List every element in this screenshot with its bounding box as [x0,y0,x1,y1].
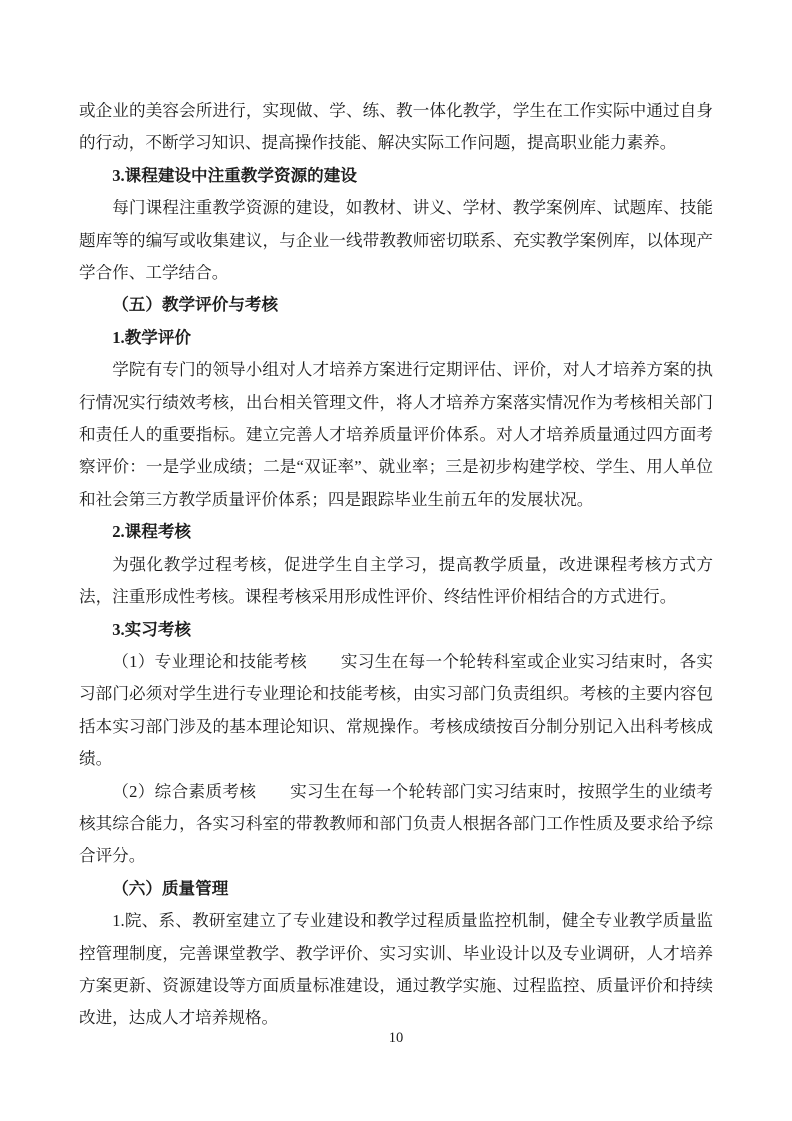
page-body-text: 或企业的美容会所进行，实现做、学、练、教一体化教学，学生在工作实际中通过自身的行… [79,95,713,1035]
section-heading: 3.课程建设中注重教学资源的建设 [79,160,713,192]
body-paragraph: 每门课程注重教学资源的建设，如教材、讲义、学材、教学案例库、试题库、技能题库等的… [79,192,713,289]
body-paragraph: （1）专业理论和技能考核 实习生在每一个轮转科室或企业实习结束时，各实习部门必须… [79,646,713,776]
page-number: 10 [0,1028,792,1048]
document-page: 或企业的美容会所进行，实现做、学、练、教一体化教学，学生在工作实际中通过自身的行… [0,0,792,1121]
body-paragraph: 1.院、系、教研室建立了专业建设和教学过程质量监控机制，健全专业教学质量监控管理… [79,905,713,1035]
section-heading: （六）质量管理 [79,873,713,905]
body-paragraph: （2）综合素质考核 实习生在每一个轮转部门实习结束时，按照学生的业绩考核其综合能… [79,776,713,873]
section-heading: （五）教学评价与考核 [79,289,713,321]
section-heading: 2.课程考核 [79,516,713,548]
body-paragraph: 学院有专门的领导小组对人才培养方案进行定期评估、评价，对人才培养方案的执行情况实… [79,354,713,516]
body-paragraph-continuation: 或企业的美容会所进行，实现做、学、练、教一体化教学，学生在工作实际中通过自身的行… [79,95,713,160]
section-heading: 3.实习考核 [79,614,713,646]
section-heading: 1.教学评价 [79,322,713,354]
body-paragraph: 为强化教学过程考核，促进学生自主学习，提高教学质量，改进课程考核方式方法，注重形… [79,549,713,614]
